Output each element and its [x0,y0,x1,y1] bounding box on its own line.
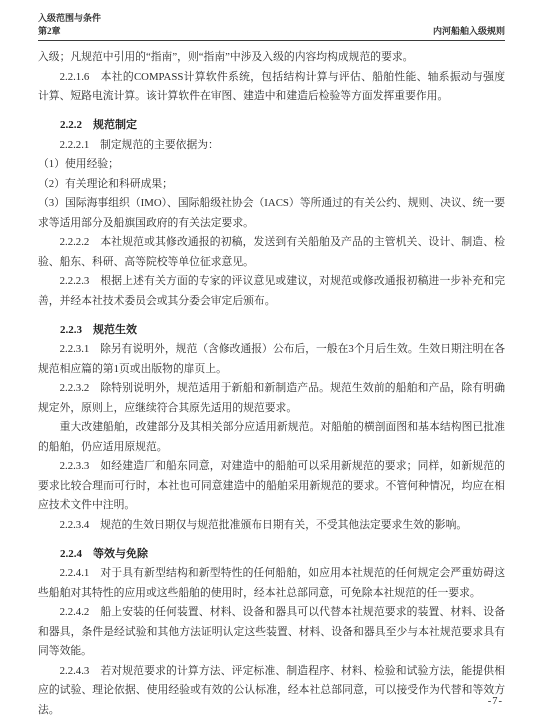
header-chapter: 第2章 [38,25,101,38]
paragraph: 入级；凡规范中引用的“指南”，则“指南”中涉及入级的内容均构成规范的要求。 [38,48,505,68]
paragraph: 2.2.4.3 若对规范要求的计算方法、评定标准、制造程序、材料、检验和试验方法… [38,662,505,719]
section-heading: 2.2.4 等效与免除 [38,545,505,565]
paragraph: 2.2.4.1 对于具有新型结构和新型特性的任何船舶，如应用本社规范的任何规定会… [38,564,505,603]
header-section-title: 入级范围与条件 [38,12,101,25]
list-item: （2）有关理论和科研成果； [38,175,505,195]
paragraph: 2.2.1.6 本社的COMPASS计算软件系统，包括结构计算与评估、船舶性能、… [38,68,505,107]
page-header: 入级范围与条件 第2章 内河船舶入级规则 [38,12,505,41]
paragraph: 2.2.2.2 本社规范或其修改通报的初稿，发送到有关船舶及产品的主管机关、设计… [38,233,505,272]
header-doc-title: 内河船舶入级规则 [433,25,505,38]
paragraph: 2.2.3.2 除特别说明外，规范适用于新船和新制造产品。规范生效前的船舶和产品… [38,379,505,418]
list-item: （1）使用经验； [38,155,505,175]
section-heading: 2.2.3 规范生效 [38,321,505,341]
document-page: 入级范围与条件 第2章 内河船舶入级规则 入级；凡规范中引用的“指南”，则“指南… [0,0,534,719]
section-heading: 2.2.2 规范制定 [38,116,505,136]
list-item: （3）国际海事组织（IMO）、国际船级社协会（IACS）等所通过的有关公约、规则… [38,194,505,233]
paragraph: 2.2.4.2 船上安装的任何装置、材料、设备和器具可以代替本社规范要求的装置、… [38,603,505,662]
paragraph: 2.2.2.1 制定规范的主要依据为： [38,136,505,156]
document-body: 入级；凡规范中引用的“指南”，则“指南”中涉及入级的内容均构成规范的要求。2.2… [38,48,505,719]
paragraph: 2.2.3.1 除另有说明外，规范（含修改通报）公布后，一般在3个月后生效。生效… [38,340,505,379]
paragraph: 2.2.3.3 如经建造厂和船东同意，对建造中的船舶可以采用新规范的要求；同样，… [38,457,505,516]
paragraph: 2.2.3.4 规范的生效日期仅与规范批准颁布日期有关，不受其他法定要求生效的影… [38,516,505,536]
paragraph: 重大改建船舶，改建部分及其相关部分应适用新规范。对船舶的横剖面图和基本结构图已批… [38,418,505,457]
page-number: -7- [488,696,503,707]
header-left: 入级范围与条件 第2章 [38,12,101,37]
paragraph: 2.2.2.3 根据上述有关方面的专家的评议意见或建议，对规范或修改通报初稿进一… [38,272,505,311]
